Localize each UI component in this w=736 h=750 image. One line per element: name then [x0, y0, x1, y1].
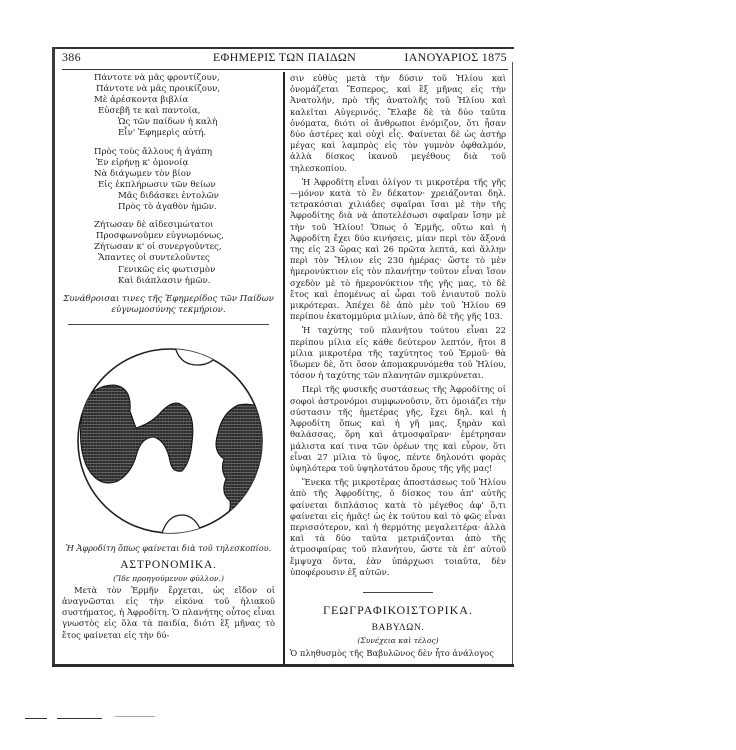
poem-stanza: Ζήτωσαν δὲ αἰδεσιμώτατοιΠροσφωνοῦμεν εὐγ… [62, 220, 275, 287]
issue-date: ΙΑΝΟΥΑΡΙΟΣ 1875 [404, 50, 507, 65]
paragraph: σιν εὐθὺς μετὰ τὴν δύσιν τοῦ Ἡλίου καὶ ὀ… [290, 73, 506, 174]
header-rule [62, 69, 508, 70]
paragraph: Ἕνεκα τῆς μικροτέρας ἀποστάσεως τοῦ Ἡλίο… [290, 477, 506, 578]
paragraph: Περὶ τῆς φυσικῆς συστάσεως τῆς Ἀφροδίτης… [290, 384, 506, 474]
section-title-geografikoistorika: ΓΕΩΓΡΑΦΙΚΟΙΣΤΟΡΙΚΑ. [290, 603, 506, 618]
closing-note: Συνάθροισαι τινες τῆς Ἐφημερίδος τῶν Παί… [62, 294, 275, 316]
poem-line: Πάντοτε νὰ μᾶς προικίζουν, [62, 84, 275, 95]
right-column: σιν εὐθὺς μετὰ τὴν δύσιν τοῦ Ἡλίου καὶ ὀ… [290, 73, 506, 662]
figure-caption: Ἡ Ἀφροδίτη ὅπως φαίνεται διὰ τοῦ τηλεσκο… [62, 543, 275, 553]
poem: Πάντοτε νὰ μᾶς φροντίζουν,Πάντοτε νὰ μᾶς… [62, 73, 275, 287]
paragraph: Ὁ πληθυσμὸς τῆς Βαβυλῶνος δὲν ἦτο ἀνάλογ… [290, 648, 506, 659]
poem-line: Ζήτωσαν κ' οἱ συνεργοῦντες, [62, 242, 275, 253]
scan-artifact [25, 718, 47, 719]
astronomy-article-start: Μετὰ τὸν Ἑρμῆν ἔρχεται, ὡς εἴδον οἱ ἀναγ… [62, 585, 275, 641]
poem-line: Ζήτωσαν δὲ αἰδεσιμώτατοι [62, 220, 275, 231]
poem-line: Εἰς ἐκπλήρωσιν τῶν θείων [62, 180, 275, 191]
poem-line: Καὶ διάπλασιν ἡμῶν. [62, 276, 275, 287]
section-subtitle: (Ἴδε προηγούμενον φύλλον.) [62, 574, 275, 583]
section-rule [68, 324, 269, 325]
venus-telescope-figure [62, 333, 278, 543]
poem-line: Μὲ ἀρέσκοντα βιβλία [62, 95, 275, 106]
poem-line: Ἐν εἰρήνῃ κ' ὁμονοίᾳ [62, 158, 275, 169]
paragraph: Μετὰ τὸν Ἑρμῆν ἔρχεται, ὡς εἴδον οἱ ἀναγ… [62, 585, 275, 641]
article-title-babylon: ΒΑΒΥΛΩΝ. [290, 623, 506, 633]
venus-disc-illustration [62, 333, 278, 543]
poem-line: Εἶν' Ἐφημερὶς αὐτή. [62, 128, 275, 139]
poem-stanza: Πάντοτε νὰ μᾶς φροντίζουν,Πάντοτε νὰ μᾶς… [62, 73, 275, 140]
paragraph: Ἡ ταχύτης τοῦ πλανήτου τούτου εἶναι 22 π… [290, 325, 506, 381]
page-border-left [52, 47, 55, 667]
paragraph: Ἡ Ἀφροδίτη εἶναι ὀλίγον τι μικροτέρα τῆς… [290, 177, 506, 323]
page-border-top [52, 47, 514, 49]
poem-line: Εὐσεβῆ τε καὶ παντοῖα, [62, 106, 275, 117]
poem-line: Γενικῶς εἰς φωτισμὸν [62, 265, 275, 276]
babylon-article: Ὁ πληθυσμὸς τῆς Βαβυλῶνος δὲν ἦτο ἀνάλογ… [290, 648, 506, 659]
poem-line: Ἅπαντες οἱ συντελοῦντες [62, 253, 275, 264]
poem-line: Πρὸς τοὺς ἄλλους ἡ ἀγάπη [62, 147, 275, 158]
left-column: Πάντοτε νὰ μᾶς φροντίζουν,Πάντοτε νὰ μᾶς… [62, 73, 275, 644]
poem-line: Πρὸς τὸ ἀγαθὸν ἡμῶν. [62, 202, 275, 213]
scan-artifact [57, 718, 102, 719]
page-border-right [512, 62, 513, 666]
poem-line: Μᾶς διδάσκει ἐντολῶν [62, 191, 275, 202]
poem-line: Ὡς τῶν παίδων ἡ καλὴ [62, 117, 275, 128]
poem-stanza: Πρὸς τοὺς ἄλλους ἡ ἀγάπηἘν εἰρήνῃ κ' ὁμο… [62, 147, 275, 214]
running-header: 386 ΕΦΗΜΕΡΙΣ ΤΩΝ ΠΑΙΔΩΝ ΙΑΝΟΥΑΡΙΟΣ 1875 [62, 50, 507, 66]
poem-line: Νὰ διάγωμεν τὸν βίον [62, 169, 275, 180]
poem-line: Προσφωνοῦμεν εὐγνωμόνως, [62, 231, 275, 242]
scan-artifact [115, 716, 155, 717]
continuation-note: (Συνέχεια καὶ τέλος) [290, 636, 506, 645]
astronomy-article-continued: σιν εὐθὺς μετὰ τὴν δύσιν τοῦ Ἡλίου καὶ ὀ… [290, 73, 506, 578]
poem-line: Πάντοτε νὰ μᾶς φροντίζουν, [62, 73, 275, 84]
column-divider [283, 72, 285, 665]
section-rule [363, 592, 433, 593]
section-title-astronomika: ΑΣΤΡΟΝΟΜΙΚΑ. [62, 559, 275, 571]
